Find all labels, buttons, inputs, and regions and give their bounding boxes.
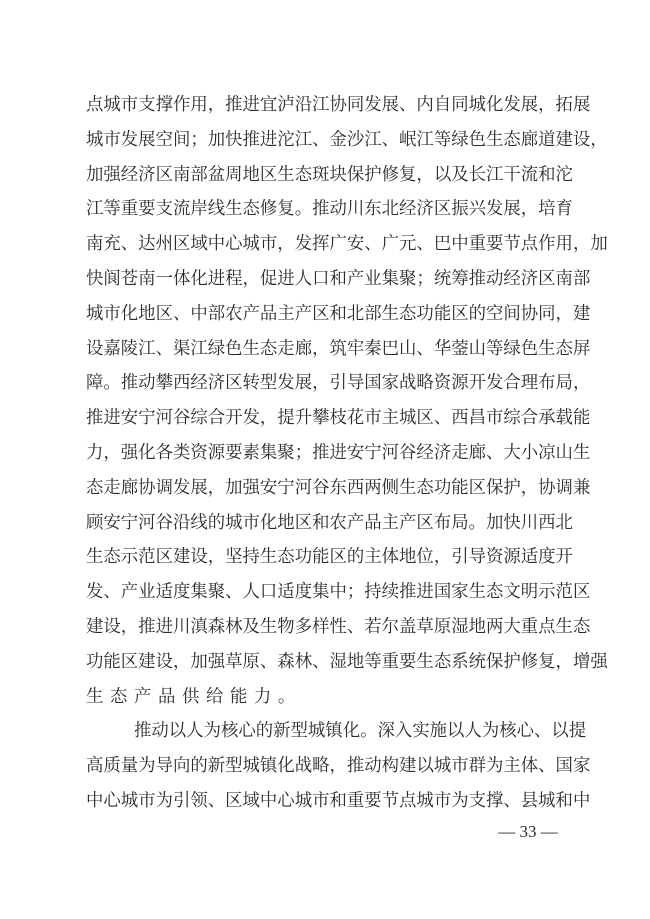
body-text: 点城市支撑作用，推进宜泸沿江协同发展、内自同城化发展，拓展 城市发展空间；加快推… [86, 88, 567, 819]
text-line: 城市化地区、中部农产品主产区和北部生态功能区的空间协同，建 [86, 297, 567, 332]
text-line: 顾安宁河谷沿线的城市化地区和农产品主产区布局。加快川西北 [86, 506, 567, 541]
text-line: 生态示范区建设，坚持生态功能区的主体地位，引导资源适度开 [86, 540, 567, 575]
text-line: 中心城市为引领、区域中心城市和重要节点城市为支撑、县城和中 [86, 784, 567, 819]
text-line: 江等重要支流岸线生态修复。推动川东北经济区振兴发展，培育 [86, 192, 567, 227]
text-line: 高质量为导向的新型城镇化战略，推动构建以城市群为主体、国家 [86, 749, 567, 784]
text-line: 点城市支撑作用，推进宜泸沿江协同发展、内自同城化发展，拓展 [86, 88, 567, 123]
paragraph-end-line: 生态产品供给能力。 [86, 680, 567, 715]
text-line: 南充、达州区域中心城市，发挥广安、广元、巴中重要节点作用，加 [86, 227, 567, 262]
text-line: 快阆苍南一体化进程，促进人口和产业集聚；统筹推动经济区南部 [86, 262, 567, 297]
text-line: 态走廊协调发展，加强安宁河谷东西两侧生态功能区保护，协调兼 [86, 471, 567, 506]
text-line: 障。推动攀西经济区转型发展，引导国家战略资源开发合理布局， [86, 366, 567, 401]
paragraph-start-line: 推动以人为核心的新型城镇化。深入实施以人为核心、以提 [86, 714, 567, 749]
text-line: 设嘉陵江、渠江绿色生态走廊，筑牢秦巴山、华蓥山等绿色生态屏 [86, 332, 567, 367]
text-line: 建设，推进川滇森林及生物多样性、若尔盖草原湿地两大重点生态 [86, 610, 567, 645]
text-line: 城市发展空间；加快推进沱江、金沙江、岷江等绿色生态廊道建设， [86, 123, 567, 158]
text-line: 加强经济区南部盆周地区生态斑块保护修复，以及长江干流和沱 [86, 158, 567, 193]
text-line: 推进安宁河谷综合开发，提升攀枝花市主城区、西昌市综合承载能 [86, 401, 567, 436]
text-line: 发、产业适度集聚、人口适度集中；持续推进国家生态文明示范区 [86, 575, 567, 610]
text-line: 功能区建设，加强草原、森林、湿地等重要生态系统保护修复，增强 [86, 645, 567, 680]
page-number: — 33 — [488, 822, 568, 842]
document-page: 点城市支撑作用，推进宜泸沿江协同发展、内自同城化发展，拓展 城市发展空间；加快推… [0, 0, 650, 919]
text-line: 力，强化各类资源要素集聚；推进安宁河谷经济走廊、大小凉山生 [86, 436, 567, 471]
